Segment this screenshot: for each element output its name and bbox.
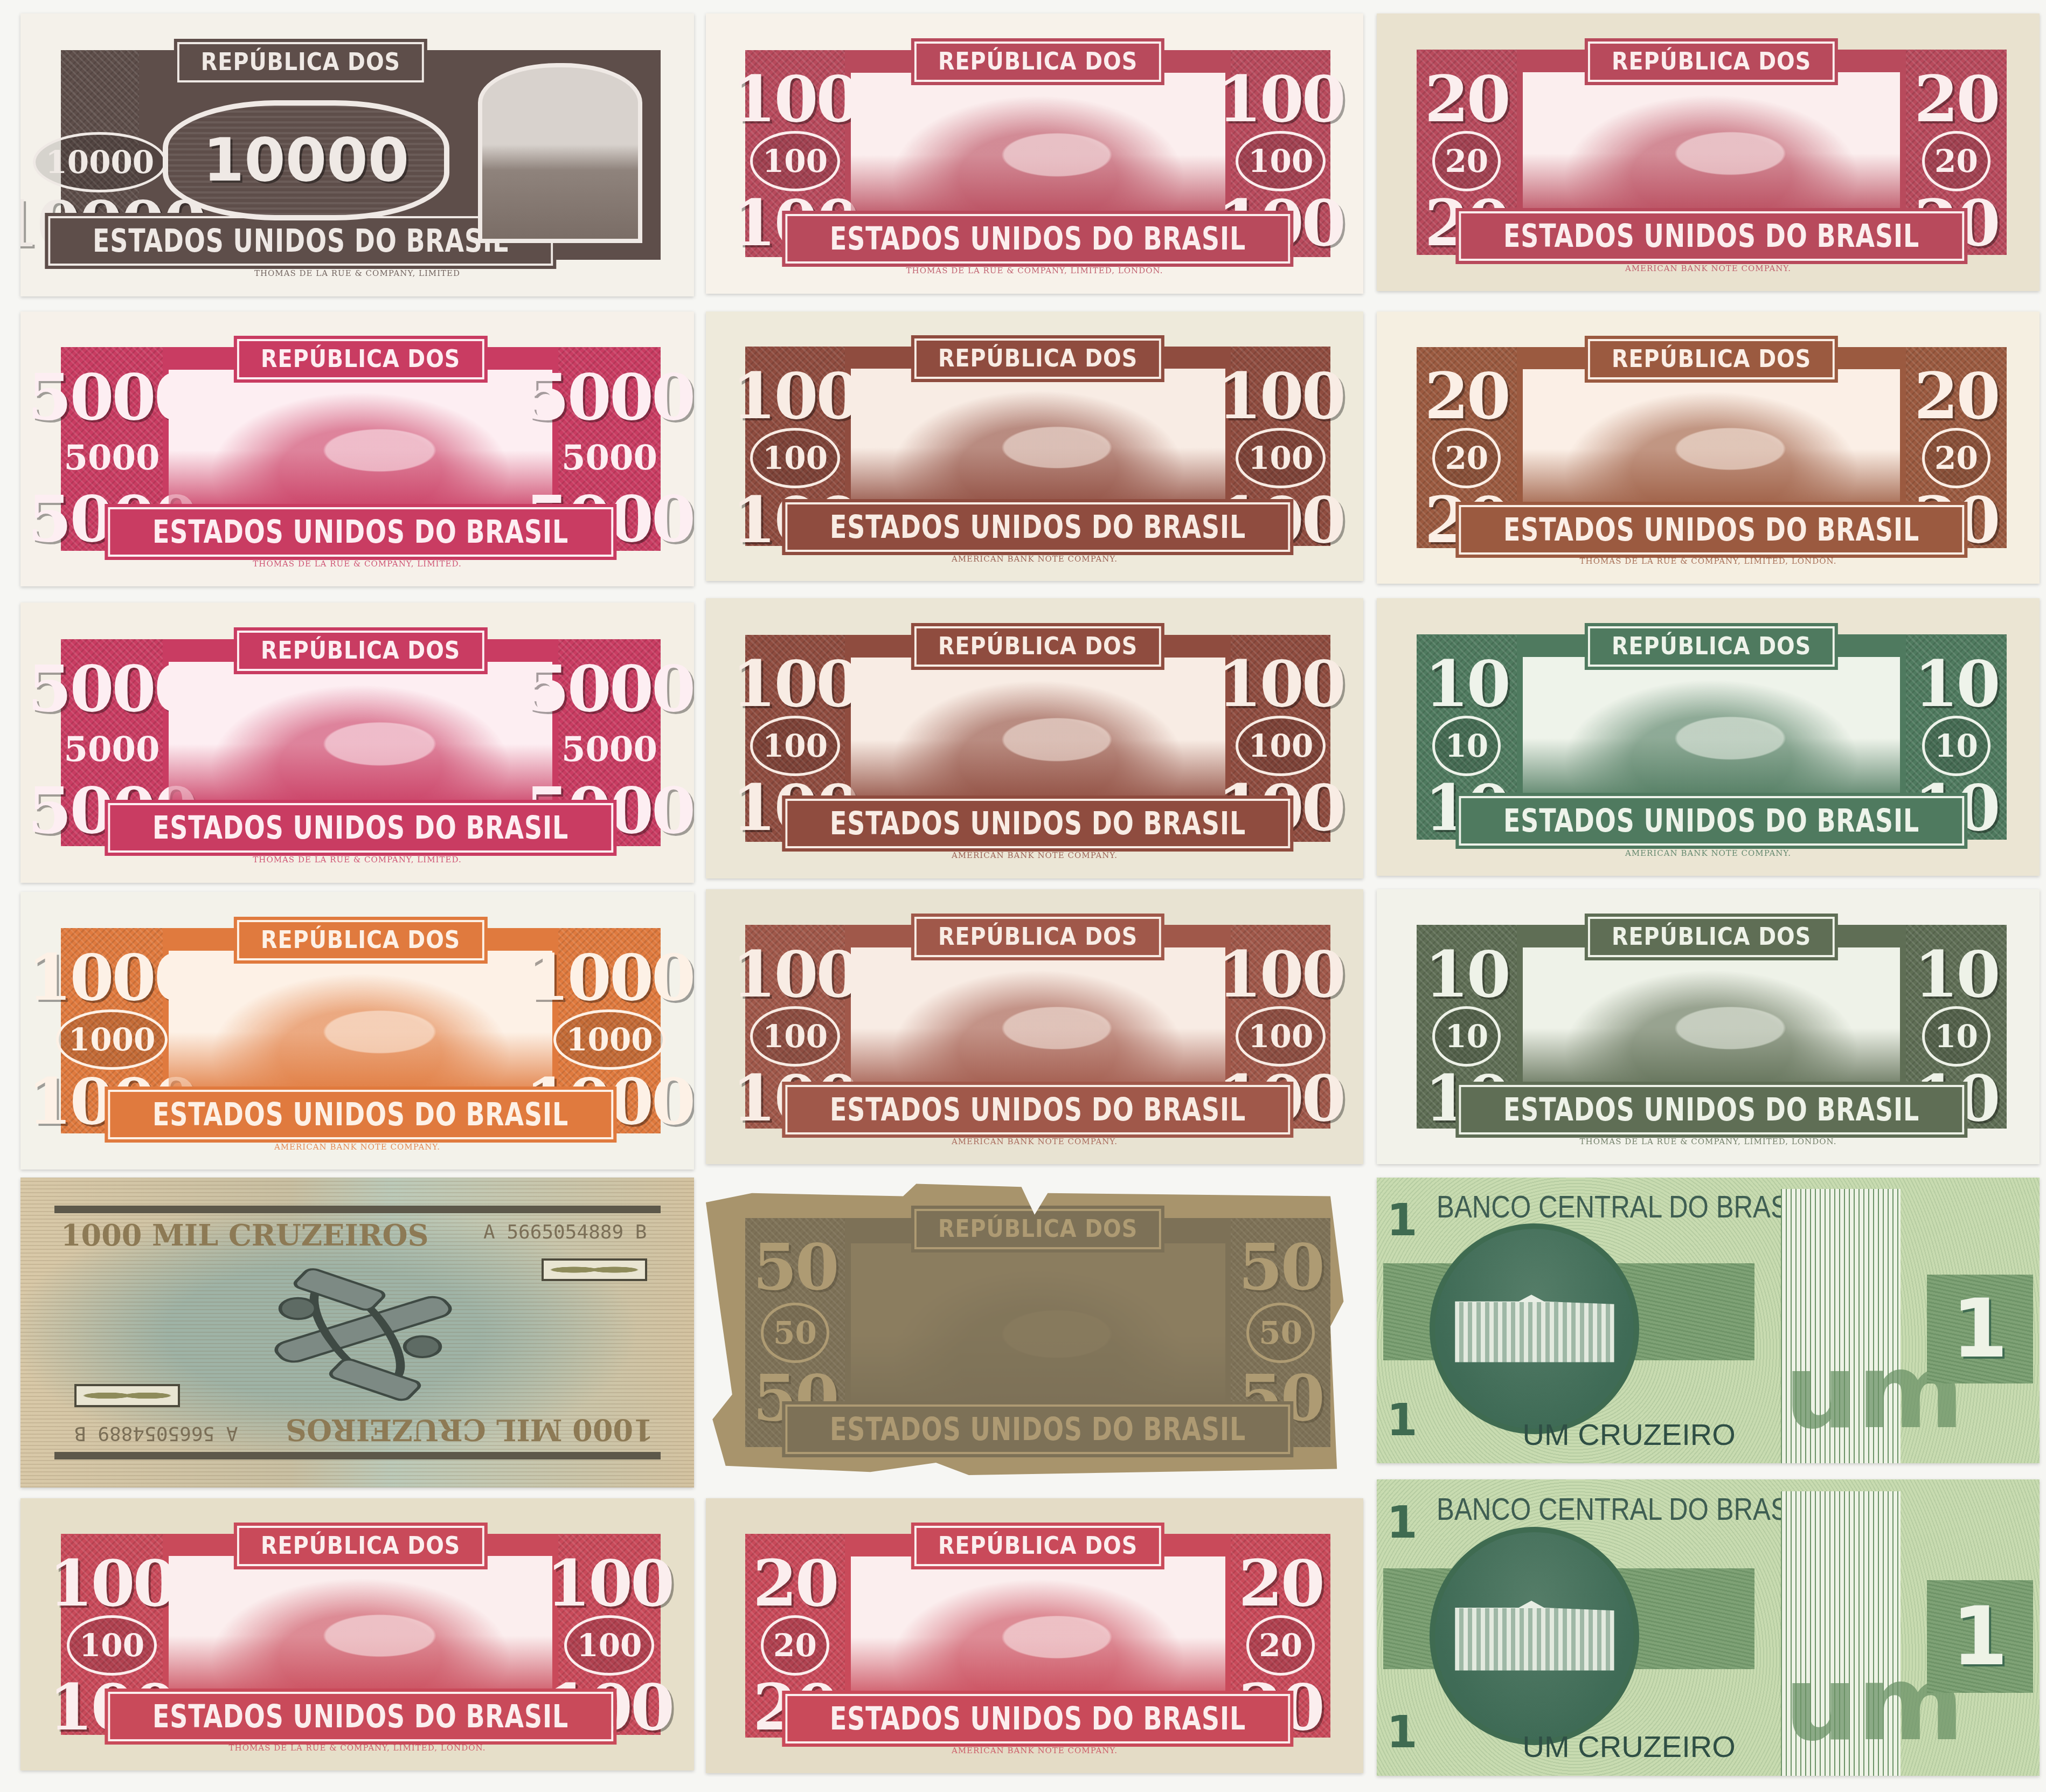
banknote: 1000 1000 1000 1000 1000 1000 REPÚBLICA …: [20, 892, 694, 1170]
printer-imprint: AMERICAN BANK NOTE COMPANY.: [706, 1137, 1363, 1146]
printer-imprint: THOMAS DE LA RUE & COMPANY, LIMITED, LON…: [706, 266, 1363, 275]
denomination-top: 20: [1914, 67, 1998, 131]
vignette-engraving: [851, 73, 1225, 222]
seal-numeral: 1: [1952, 1282, 2008, 1376]
note-frame: 20 20 20 20 20 20 REPÚBLICA DOS PROCLAMA…: [1417, 50, 2007, 255]
denomination-medallion: 100: [750, 131, 840, 191]
header-text: REPÚBLICA DOS: [1612, 345, 1811, 373]
note-frame: 10000 10000 10000 10000 10000 10000 REPÚ…: [61, 50, 661, 260]
denomination-top: 20: [1425, 364, 1509, 428]
header-band: REPÚBLICA DOS: [914, 41, 1161, 82]
vignette-engraving: [169, 370, 552, 516]
note-frame: 50 50 50 50 50 50 REPÚBLICA DOS ESTADOS …: [745, 1218, 1330, 1448]
header-band: REPÚBLICA DOS: [237, 339, 484, 379]
vignette-engraving: [851, 369, 1225, 512]
banknote: 100 100 100 100 100 100 REPÚBLICA DOS CU…: [20, 1498, 694, 1770]
note-frame: 100 100 100 100 100 100 REPÚBLICA DOS CU…: [745, 925, 1330, 1128]
ornament-panel: [74, 1384, 180, 1407]
serial-number-inverted: A 5665054889 B: [74, 1422, 238, 1444]
vignette-engraving: [851, 1243, 1225, 1408]
banknote-photo: 10000 10000 10000 10000 10000 10000 REPÚ…: [0, 0, 2046, 1792]
denomination-top: 5000: [525, 365, 693, 429]
banknote: 20 20 20 20 20 20 REPÚBLICA DOS PROCLAMA…: [1377, 312, 2040, 584]
numeral-seal: 1: [1927, 1580, 2033, 1693]
denomination-medallion: 20: [1922, 428, 1990, 488]
header-band: REPÚBLICA DOS: [177, 42, 424, 82]
footer-text: ESTADOS UNIDOS DO BRASIL: [1503, 1091, 1919, 1128]
denomination-top: 100: [1218, 943, 1344, 1006]
numeral-bottom: 1: [1386, 1707, 1417, 1758]
denomination-medallion: 10: [1922, 1006, 1990, 1067]
denomination-medallion: 100: [1236, 716, 1326, 776]
vignette-engraving: [1523, 657, 1901, 805]
header-band: REPÚBLICA DOS: [914, 626, 1161, 667]
header-band: REPÚBLICA DOS: [237, 920, 484, 960]
denomination-top: 50: [753, 1235, 837, 1299]
printer-imprint: THOMAS DE LA RUE & COMPANY, LIMITED.: [20, 855, 694, 864]
denomination-medallion: 1000: [553, 1009, 665, 1070]
footer-band: ESTADOS UNIDOS DO BRASIL: [108, 1090, 613, 1139]
header-text: REPÚBLICA DOS: [938, 48, 1138, 75]
header-text: REPÚBLICA DOS: [938, 345, 1138, 372]
banknote-1-cruzeiro: 1 BANCO CENTRAL DO BRASIL 1 UM CRUZEIRO …: [1377, 1178, 2040, 1463]
denomination-medallion: 5000: [54, 721, 170, 779]
banknote: 100 100 100 100 100 100 REPÚBLICA DOS CU…: [706, 13, 1363, 294]
central-bank-building: [1455, 1295, 1614, 1362]
building-medallion: [1430, 1527, 1639, 1745]
header-text: REPÚBLICA DOS: [1612, 48, 1811, 75]
denomination-top: 20: [753, 1552, 837, 1615]
denomination-top: 1000: [525, 946, 693, 1009]
header-text: REPÚBLICA DOS: [201, 49, 400, 76]
denomination-medallion: 10: [1432, 716, 1501, 776]
footer-band: ESTADOS UNIDOS DO BRASIL: [785, 1694, 1290, 1743]
denomination-medallion: 100: [1236, 428, 1326, 488]
serial-number: A 5665054889 B: [483, 1221, 647, 1243]
denomination-medallion: 100: [750, 428, 840, 488]
footer-text: ESTADOS UNIDOS DO BRASIL: [1503, 511, 1919, 548]
printer-imprint: AMERICAN BANK NOTE COMPANY.: [1377, 264, 2040, 273]
ornament-panel: [542, 1258, 647, 1282]
footer-band: ESTADOS UNIDOS DO BRASIL: [785, 1404, 1290, 1454]
printer-imprint: THOMAS DE LA RUE & COMPANY, LIMITED: [20, 268, 694, 278]
footer-band: ESTADOS UNIDOS DO BRASIL: [1459, 796, 1964, 846]
footer-band: ESTADOS UNIDOS DO BRASIL: [785, 502, 1290, 552]
coin-press-illustration: [209, 1246, 505, 1420]
banknote: 20 20 20 20 20 20 REPÚBLICA DOS PROCLAMA…: [1377, 13, 2040, 291]
note-frame: 20 20 20 20 20 20 REPÚBLICA DOS PROCLAMA…: [1417, 347, 2007, 549]
header-band: REPÚBLICA DOS: [1588, 917, 1835, 957]
denomination-medallion: 20: [1432, 131, 1501, 191]
footer-text: ESTADOS UNIDOS DO BRASIL: [830, 1700, 1246, 1737]
note-frame: 5000 5000 5000 5000 5000 5000 REPÚBLICA …: [61, 347, 661, 550]
value-text: UM CRUZEIRO: [1523, 1417, 1736, 1452]
denomination-medallion: 10000: [33, 132, 167, 192]
banknote: 50 50 50 50 50 50 REPÚBLICA DOS ESTADOS …: [706, 1178, 1363, 1487]
central-bank-building: [1455, 1601, 1614, 1671]
vignette-engraving: [851, 658, 1225, 807]
denomination-medallion: 100: [750, 1006, 840, 1067]
denomination-medallion: 20: [1246, 1615, 1315, 1676]
issuing-bank: BANCO CENTRAL DO BRASIL: [1437, 1491, 1811, 1527]
denomination-top: 20: [1239, 1552, 1323, 1615]
header-band: REPÚBLICA DOS: [914, 338, 1161, 379]
central-denomination: 10000: [203, 126, 410, 195]
note-frame: 10 10 10 10 10 10 REPÚBLICA DOS UNIDADE …: [1417, 925, 2007, 1128]
note-frame: 100 100 100 100 100 100 REPÚBLICA DOS CU…: [745, 50, 1330, 258]
header-text: REPÚBLICA DOS: [261, 926, 460, 954]
footer-band: ESTADOS UNIDOS DO BRASIL: [1459, 505, 1964, 555]
banknote: 10 10 10 10 10 10 REPÚBLICA DOS UNIDADE …: [1377, 598, 2040, 876]
footer-text: ESTADOS UNIDOS DO BRASIL: [93, 223, 509, 259]
vignette-engraving: [169, 662, 552, 811]
header-text: REPÚBLICA DOS: [938, 633, 1138, 660]
denomination-medallion: 10: [1432, 1006, 1501, 1067]
note-frame: 100 100 100 100 100 100 REPÚBLICA DOS CU…: [61, 1534, 661, 1735]
header-text: REPÚBLICA DOS: [1612, 633, 1811, 660]
footer-text: ESTADOS UNIDOS DO BRASIL: [1503, 218, 1919, 254]
note-frame: 100 100 100 100 100 100 REPÚBLICA DOS CU…: [745, 347, 1330, 546]
denomination-medallion: 100: [564, 1615, 654, 1676]
footer-band: ESTADOS UNIDOS DO BRASIL: [785, 1085, 1290, 1134]
denomination-top: 20: [1425, 67, 1509, 131]
footer-text: ESTADOS UNIDOS DO BRASIL: [152, 1096, 568, 1133]
denomination-top: 100: [1218, 364, 1344, 428]
denomination-medallion: 1000: [56, 1009, 168, 1070]
denomination-top: 20: [1914, 364, 1998, 428]
denomination-medallion: 100: [1236, 1006, 1326, 1067]
header-text: REPÚBLICA DOS: [1612, 923, 1811, 951]
footer-text: ESTADOS UNIDOS DO BRASIL: [830, 1091, 1246, 1128]
denomination-top: 100: [732, 652, 858, 716]
denomination-medallion: 100: [67, 1615, 157, 1676]
header-band: REPÚBLICA DOS: [1588, 339, 1835, 379]
denomination-top: 10: [1425, 652, 1509, 716]
denomination-top: 100: [732, 943, 858, 1006]
value-text: UM CRUZEIRO: [1523, 1729, 1736, 1764]
seal-numeral: 1: [1952, 1590, 2008, 1684]
footer-band: ESTADOS UNIDOS DO BRASIL: [108, 803, 613, 853]
header-band: REPÚBLICA DOS: [914, 1209, 1161, 1249]
footer-text: ESTADOS UNIDOS DO BRASIL: [830, 220, 1246, 257]
header-band: REPÚBLICA DOS: [914, 917, 1161, 957]
footer-band: ESTADOS UNIDOS DO BRASIL: [1459, 1085, 1964, 1134]
printer-imprint: AMERICAN BANK NOTE COMPANY.: [706, 850, 1363, 860]
denomination-medallion: 100: [1236, 131, 1326, 191]
note-frame: 5000 5000 5000 5000 5000 5000 REPÚBLICA …: [61, 639, 661, 847]
printer-imprint: AMERICAN BANK NOTE COMPANY.: [706, 1746, 1363, 1755]
footer-text: ESTADOS UNIDOS DO BRASIL: [152, 809, 568, 846]
banknote: 20 20 20 20 20 20 REPÚBLICA DOS PROCLAMA…: [706, 1498, 1363, 1773]
printer-imprint: THOMAS DE LA RUE & COMPANY, LIMITED, LON…: [20, 1743, 694, 1753]
footer-text: ESTADOS UNIDOS DO BRASIL: [152, 514, 568, 550]
header-band: REPÚBLICA DOS: [914, 1526, 1161, 1566]
vignette-engraving: [851, 947, 1225, 1094]
banknote-1-cruzeiro: 1 BANCO CENTRAL DO BRASIL 1 UM CRUZEIRO …: [1377, 1479, 2040, 1776]
header-band: REPÚBLICA DOS: [1588, 41, 1835, 82]
printer-imprint: THOMAS DE LA RUE & COMPANY, LIMITED.: [20, 559, 694, 569]
denomination-top: 100: [732, 364, 858, 428]
header-band: REPÚBLICA DOS: [237, 631, 484, 671]
printer-imprint: AMERICAN BANK NOTE COMPANY.: [1377, 848, 2040, 858]
footer-text: ESTADOS UNIDOS DO BRASIL: [152, 1698, 568, 1735]
header-text: REPÚBLICA DOS: [938, 1215, 1138, 1243]
footer-text: ESTADOS UNIDOS DO BRASIL: [830, 805, 1246, 842]
note-frame: 100 100 100 100 100 100 REPÚBLICA DOS CU…: [745, 635, 1330, 842]
footer-band: ESTADOS UNIDOS DO BRASIL: [108, 1692, 613, 1741]
bottom-bar: [54, 1452, 661, 1459]
denomination-medallion: 20: [1922, 131, 1990, 191]
airplane-vignette: [478, 63, 642, 243]
header-text: REPÚBLICA DOS: [261, 637, 460, 665]
printer-imprint: AMERICAN BANK NOTE COMPANY.: [20, 1142, 694, 1152]
banknote: 5000 5000 5000 5000 5000 5000 REPÚBLICA …: [20, 603, 694, 883]
denomination-top: 100: [1218, 652, 1344, 716]
building-medallion: [1430, 1223, 1639, 1434]
vignette-engraving: [169, 1556, 552, 1701]
banknote: 100 100 100 100 100 100 REPÚBLICA DOS CU…: [706, 312, 1363, 581]
denomination-top: 100: [546, 1552, 672, 1615]
footer-band: ESTADOS UNIDOS DO BRASIL: [1459, 211, 1964, 261]
header-text: REPÚBLICA DOS: [938, 923, 1138, 951]
footer-band: ESTADOS UNIDOS DO BRASIL: [785, 799, 1290, 848]
footer-text: ESTADOS UNIDOS DO BRASIL: [1503, 802, 1919, 839]
denomination-medallion: 50: [1246, 1303, 1315, 1363]
issuing-bank: BANCO CENTRAL DO BRASIL: [1437, 1189, 1811, 1225]
printer-imprint: THOMAS DE LA RUE & COMPANY, LIMITED, LON…: [1377, 1137, 2040, 1146]
denomination-medallion: 20: [761, 1615, 829, 1676]
denomination-top: 10: [1914, 652, 1998, 716]
denomination-top: 10: [1914, 943, 1998, 1006]
header-text: REPÚBLICA DOS: [938, 1532, 1138, 1560]
denomination-top: 50: [1239, 1235, 1323, 1299]
denomination-medallion: 20: [1432, 428, 1501, 488]
banknote: 5000 5000 5000 5000 5000 5000 REPÚBLICA …: [20, 312, 694, 586]
banknote: 100 100 100 100 100 100 REPÚBLICA DOS CU…: [706, 889, 1363, 1164]
denomination-top: 100: [1218, 67, 1344, 131]
note-frame: 20 20 20 20 20 20 REPÚBLICA DOS PROCLAMA…: [745, 1534, 1330, 1737]
footer-band: ESTADOS UNIDOS DO BRASIL: [108, 507, 613, 557]
vignette-engraving: [851, 1556, 1225, 1703]
vignette-engraving: [1523, 369, 1901, 514]
header-band: REPÚBLICA DOS: [237, 1526, 484, 1566]
banknote-1000-cruzeiros: 1000 MIL CRUZEIROS 1000 MIL CRUZEIROS A …: [20, 1178, 694, 1487]
banknote: 100 100 100 100 100 100 REPÚBLICA DOS CU…: [706, 598, 1363, 878]
printer-imprint: AMERICAN BANK NOTE COMPANY.: [706, 554, 1363, 564]
numeral-top: 1: [1386, 1497, 1417, 1548]
denomination-medallion: 5000: [552, 429, 667, 487]
note-frame: 1000 1000 1000 1000 1000 1000 REPÚBLICA …: [61, 928, 661, 1133]
denomination-medallion: 50: [761, 1303, 829, 1363]
banknote: 10000 10000 10000 10000 10000 10000 REPÚ…: [20, 13, 694, 296]
header-text: REPÚBLICA DOS: [261, 345, 460, 373]
vignette-engraving: [169, 951, 552, 1098]
denomination-medallion: 100: [750, 716, 840, 776]
numeral-bottom: 1: [1386, 1395, 1417, 1446]
top-bar: [54, 1206, 661, 1213]
denomination-top: 10: [1425, 943, 1509, 1006]
header-text: REPÚBLICA DOS: [261, 1532, 460, 1560]
note-frame: 10 10 10 10 10 10 REPÚBLICA DOS UNIDADE …: [1417, 634, 2007, 840]
printer-imprint: THOMAS DE LA RUE & COMPANY, LIMITED, LON…: [1377, 556, 2040, 566]
numeral-seal: 1: [1927, 1275, 2033, 1383]
vignette-engraving: [1523, 947, 1901, 1094]
denomination-medallion: 5000: [552, 721, 667, 779]
denomination-medallion: 5000: [54, 429, 170, 487]
denomination-top: 100: [48, 1552, 175, 1615]
denomination-top: 5000: [525, 657, 693, 721]
footer-text: ESTADOS UNIDOS DO BRASIL: [830, 509, 1246, 545]
numeral-top: 1: [1386, 1195, 1417, 1246]
denomination-medallion: 10: [1922, 716, 1990, 776]
footer-band: ESTADOS UNIDOS DO BRASIL: [785, 214, 1290, 264]
denomination-top: 100: [732, 67, 858, 131]
banknote: 10 10 10 10 10 10 REPÚBLICA DOS UNIDADE …: [1377, 889, 2040, 1164]
header-band: REPÚBLICA DOS: [1588, 626, 1835, 667]
footer-text: ESTADOS UNIDOS DO BRASIL: [830, 1411, 1246, 1448]
vignette-engraving: [1523, 72, 1901, 220]
central-denomination-cartouche: 10000: [163, 100, 449, 220]
